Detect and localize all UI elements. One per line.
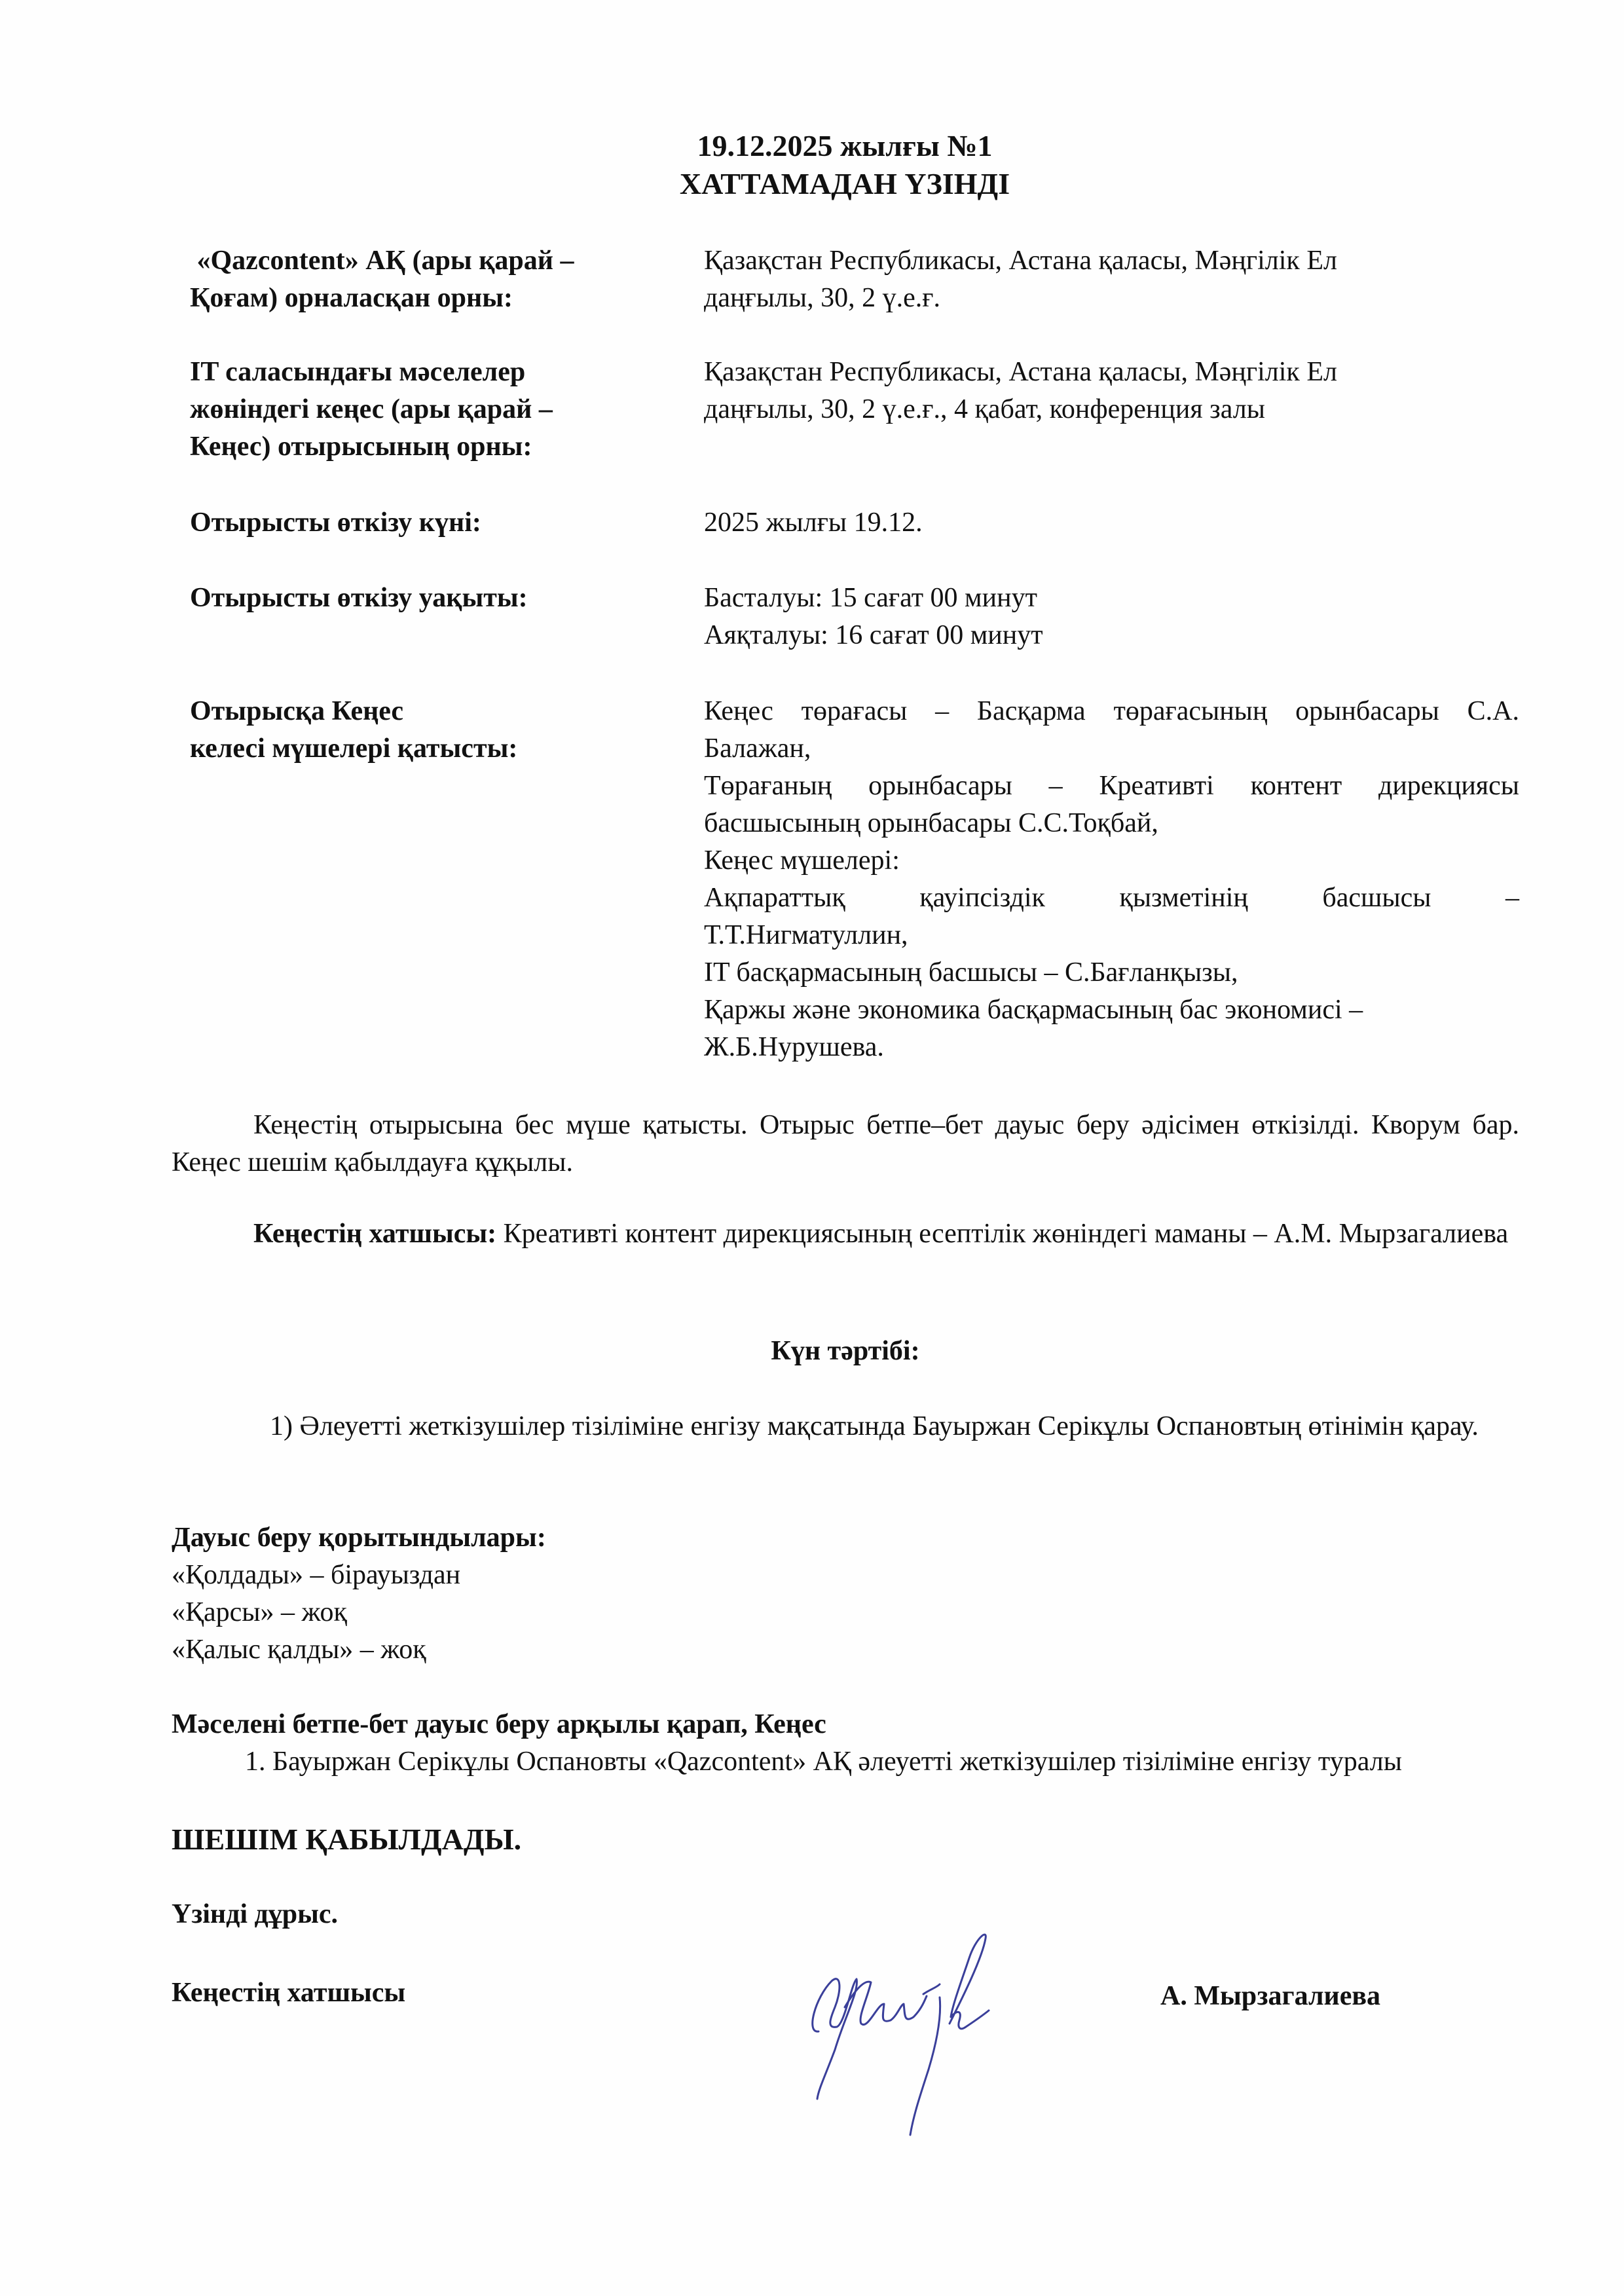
attendee-line: Ж.Б.Нурушева. [704,1029,1519,1066]
secretary-paragraph: Кеңестің хатшысы: Креативті контент дире… [172,1215,1519,1253]
voting-heading: Дауыс беру қорытындылары: [172,1519,1519,1557]
info-label: Отырысқа Кеңес келесі мүшелері қатысты: [190,693,648,768]
attendee-line: IT басқармасының басшысы – С.Бағланқызы, [704,954,1519,991]
attendee-line: Кеңес төрағасы – Басқарма төрағасының ор… [704,693,1519,730]
document-title: 19.12.2025 жылғы №1 ХАТТАМАДАН ҮЗІНДІ [0,127,1624,203]
attendee-line: Т.Т.Нигматуллин, [704,917,1519,954]
start-time: Басталуы: 15 сағат 00 минут [704,580,1519,617]
vote-for: «Қолдады» – бірауыздан [172,1557,1519,1594]
voting-section: Дауыс беру қорытындылары: «Қолдады» – бі… [172,1519,1519,1669]
info-label: Отырысты өткізу күні: [190,504,648,542]
info-value: Басталуы: 15 сағат 00 минут Аяқталуы: 16… [704,580,1519,654]
protocol-number: 19.12.2025 жылғы №1 [0,127,1624,165]
vote-against: «Қарсы» – жоқ [172,1594,1519,1631]
quorum-paragraph: Кеңестің отырысына бес мүше қатысты. Оты… [172,1107,1519,1181]
attendee-line: басшысының орынбасары С.С.Тоқбай, [704,805,1519,842]
secretary-text: Креативті контент дирекциясының есептілі… [496,1219,1508,1249]
extract-heading: ХАТТАМАДАН ҮЗІНДІ [0,165,1624,203]
agenda-heading: Күн тәртібі: [172,1333,1519,1370]
attendee-line: Ақпараттық қауіпсіздік қызметінің басшыс… [704,880,1519,917]
attendee-line: Төрағаның орынбасары – Креативті контент… [704,768,1519,805]
attendee-list: Кеңес төрағасы – Басқарма төрағасының ор… [704,693,1519,1066]
attendee-line: Кеңес мүшелері: [704,842,1519,880]
decision-result: ШЕШІМ ҚАБЫЛДАДЫ. [172,1821,1519,1858]
secretary-label: Кеңестің хатшысы: [253,1219,496,1249]
signer-role: Кеңестің хатшысы [172,1974,405,2012]
handwritten-signature-icon [779,1919,1002,2181]
attendee-line: Қаржы және экономика басқармасының бас э… [704,991,1519,1029]
info-label: IT саласындағы мәселелер жөніндегі кеңес… [190,354,648,466]
decision-item: 1. Бауыржан Серікұлы Оспановты «Qazconte… [172,1743,1519,1781]
info-value: 2025 жылғы 19.12. [704,504,1519,542]
info-label: «Qazcontent» АҚ (ары қарай – Қоғам) орна… [190,242,648,317]
signer-name: А. Мырзагалиева [1160,1978,1380,2015]
vote-abstain: «Қалыс қалды» – жоқ [172,1631,1519,1669]
document-page: 19.12.2025 жылғы №1 ХАТТАМАДАН ҮЗІНДІ «Q… [0,0,1624,2296]
attendee-line: Балажан, [704,730,1519,768]
end-time: Аяқталуы: 16 сағат 00 минут [704,617,1519,654]
decision-intro: Мәселені бетпе-бет дауыс беру арқылы қар… [172,1706,1519,1743]
agenda-item: 1) Әлеуетті жеткізушілер тізіліміне енгі… [172,1408,1519,1445]
info-value: Қазақстан Республикасы, Астана қаласы, М… [704,242,1519,317]
info-label: Отырысты өткізу уақыты: [190,580,648,617]
info-value: Қазақстан Республикасы, Астана қаласы, М… [704,354,1519,428]
